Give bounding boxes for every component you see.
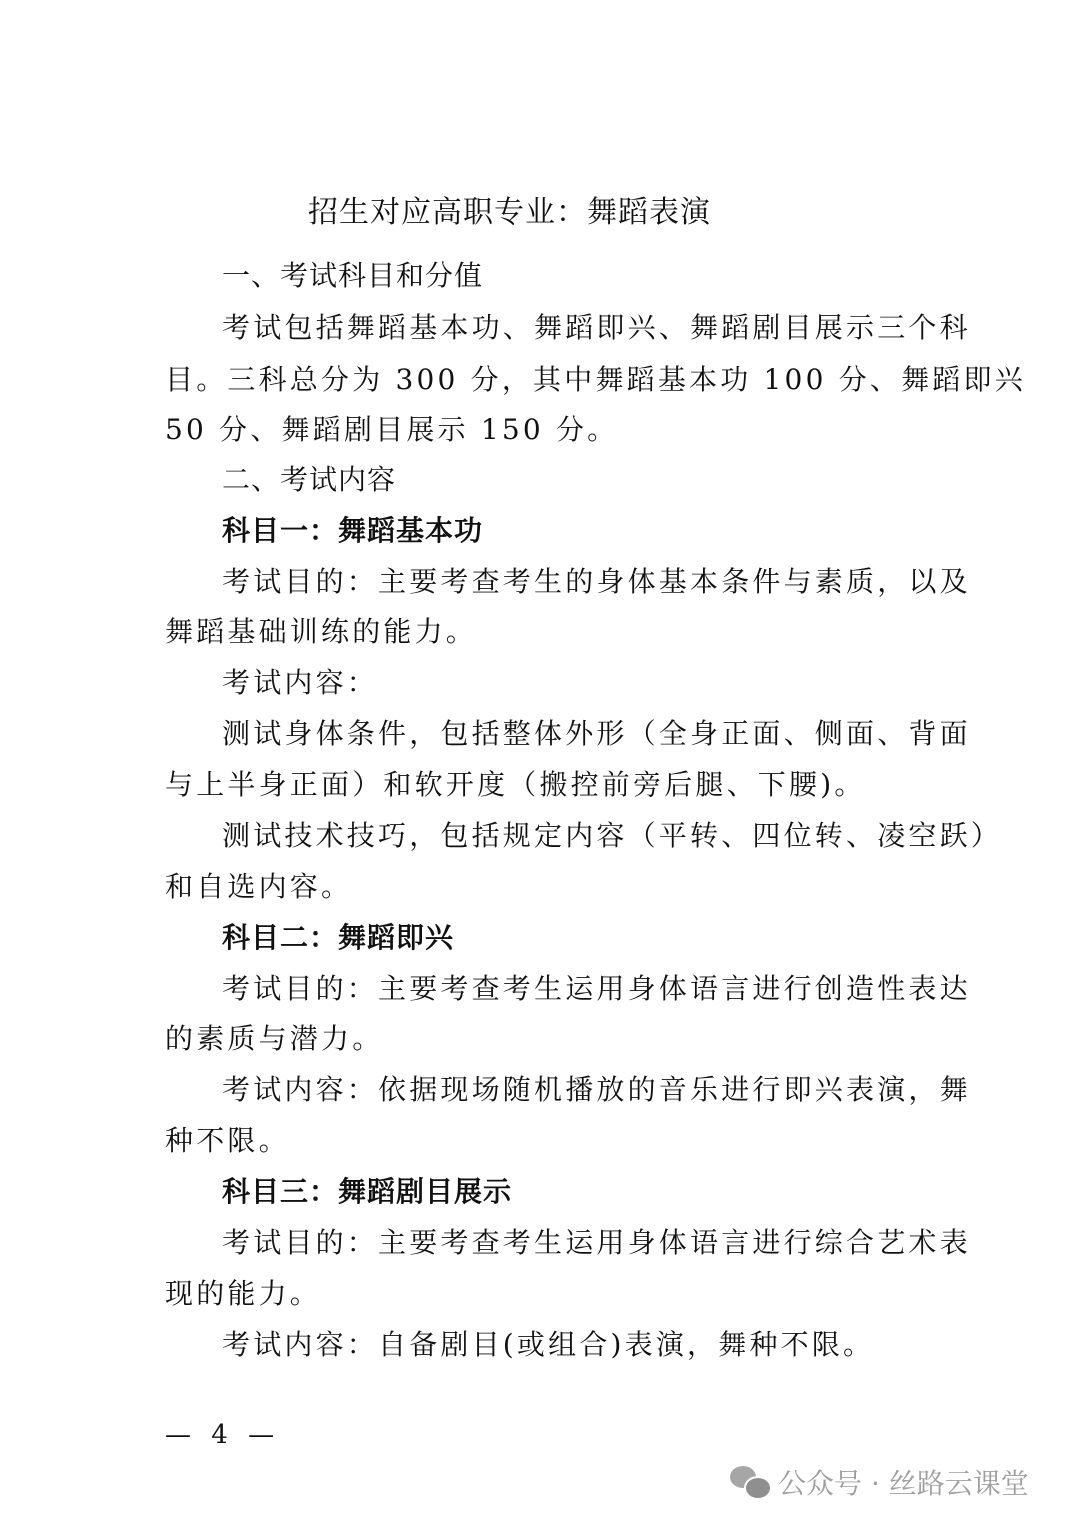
paragraph-line: 种不限。 (165, 1127, 290, 1155)
document-title: 招生对应高职专业：舞蹈表演 (308, 198, 711, 228)
paragraph-line: 舞蹈基础训练的能力。 (165, 618, 477, 646)
paragraph-line: 考试目的：主要考查考生运用身体语言进行综合艺术表 (222, 1229, 971, 1257)
paragraph-line: 目。三科总分为 300 分，其中舞蹈基本功 100 分、舞蹈即兴 (165, 366, 1026, 394)
section-heading: 一、考试科目和分值 (222, 262, 483, 290)
paragraph-line: 现的能力。 (165, 1280, 321, 1308)
paragraph-line: 考试目的：主要考查考生的身体基本条件与素质，以及 (222, 568, 971, 596)
watermark-text: 公众号 · 丝路云课堂 (778, 1462, 1029, 1502)
paragraph-line: 考试内容：依据现场随机播放的音乐进行即兴表演，舞 (222, 1076, 971, 1104)
paragraph-line: 考试内容： (222, 669, 378, 697)
paragraph-line: 考试内容：自备剧目(或组合)表演，舞种不限。 (222, 1331, 874, 1359)
paragraph-line: 考试包括舞蹈基本功、舞蹈即兴、舞蹈剧目展示三个科 (222, 314, 971, 342)
subject-heading: 科目三：舞蹈剧目展示 (222, 1178, 512, 1206)
paragraph-line: 测试技术技巧，包括规定内容（平转、四位转、凌空跃） (222, 822, 1002, 850)
paragraph-line: 50 分、舞蹈剧目展示 150 分。 (165, 416, 618, 444)
paragraph-line: 和自选内容。 (165, 873, 352, 901)
wechat-icon (730, 1464, 770, 1500)
subject-heading: 科目一：舞蹈基本功 (222, 517, 483, 545)
paragraph-line: 考试目的：主要考查考生运用身体语言进行创造性表达 (222, 975, 971, 1003)
watermark: 公众号 · 丝路云课堂 (730, 1462, 1029, 1502)
paragraph-line: 与上半身正面）和软开度（搬控前旁后腿、下腰)。 (165, 771, 866, 799)
paragraph-line: 的素质与潜力。 (165, 1025, 383, 1053)
subject-heading: 科目二：舞蹈即兴 (222, 924, 454, 952)
page-number: — 4 — (165, 1420, 280, 1450)
section-heading: 二、考试内容 (222, 466, 396, 494)
paragraph-line: 测试身体条件，包括整体外形（全身正面、侧面、背面 (222, 720, 971, 748)
